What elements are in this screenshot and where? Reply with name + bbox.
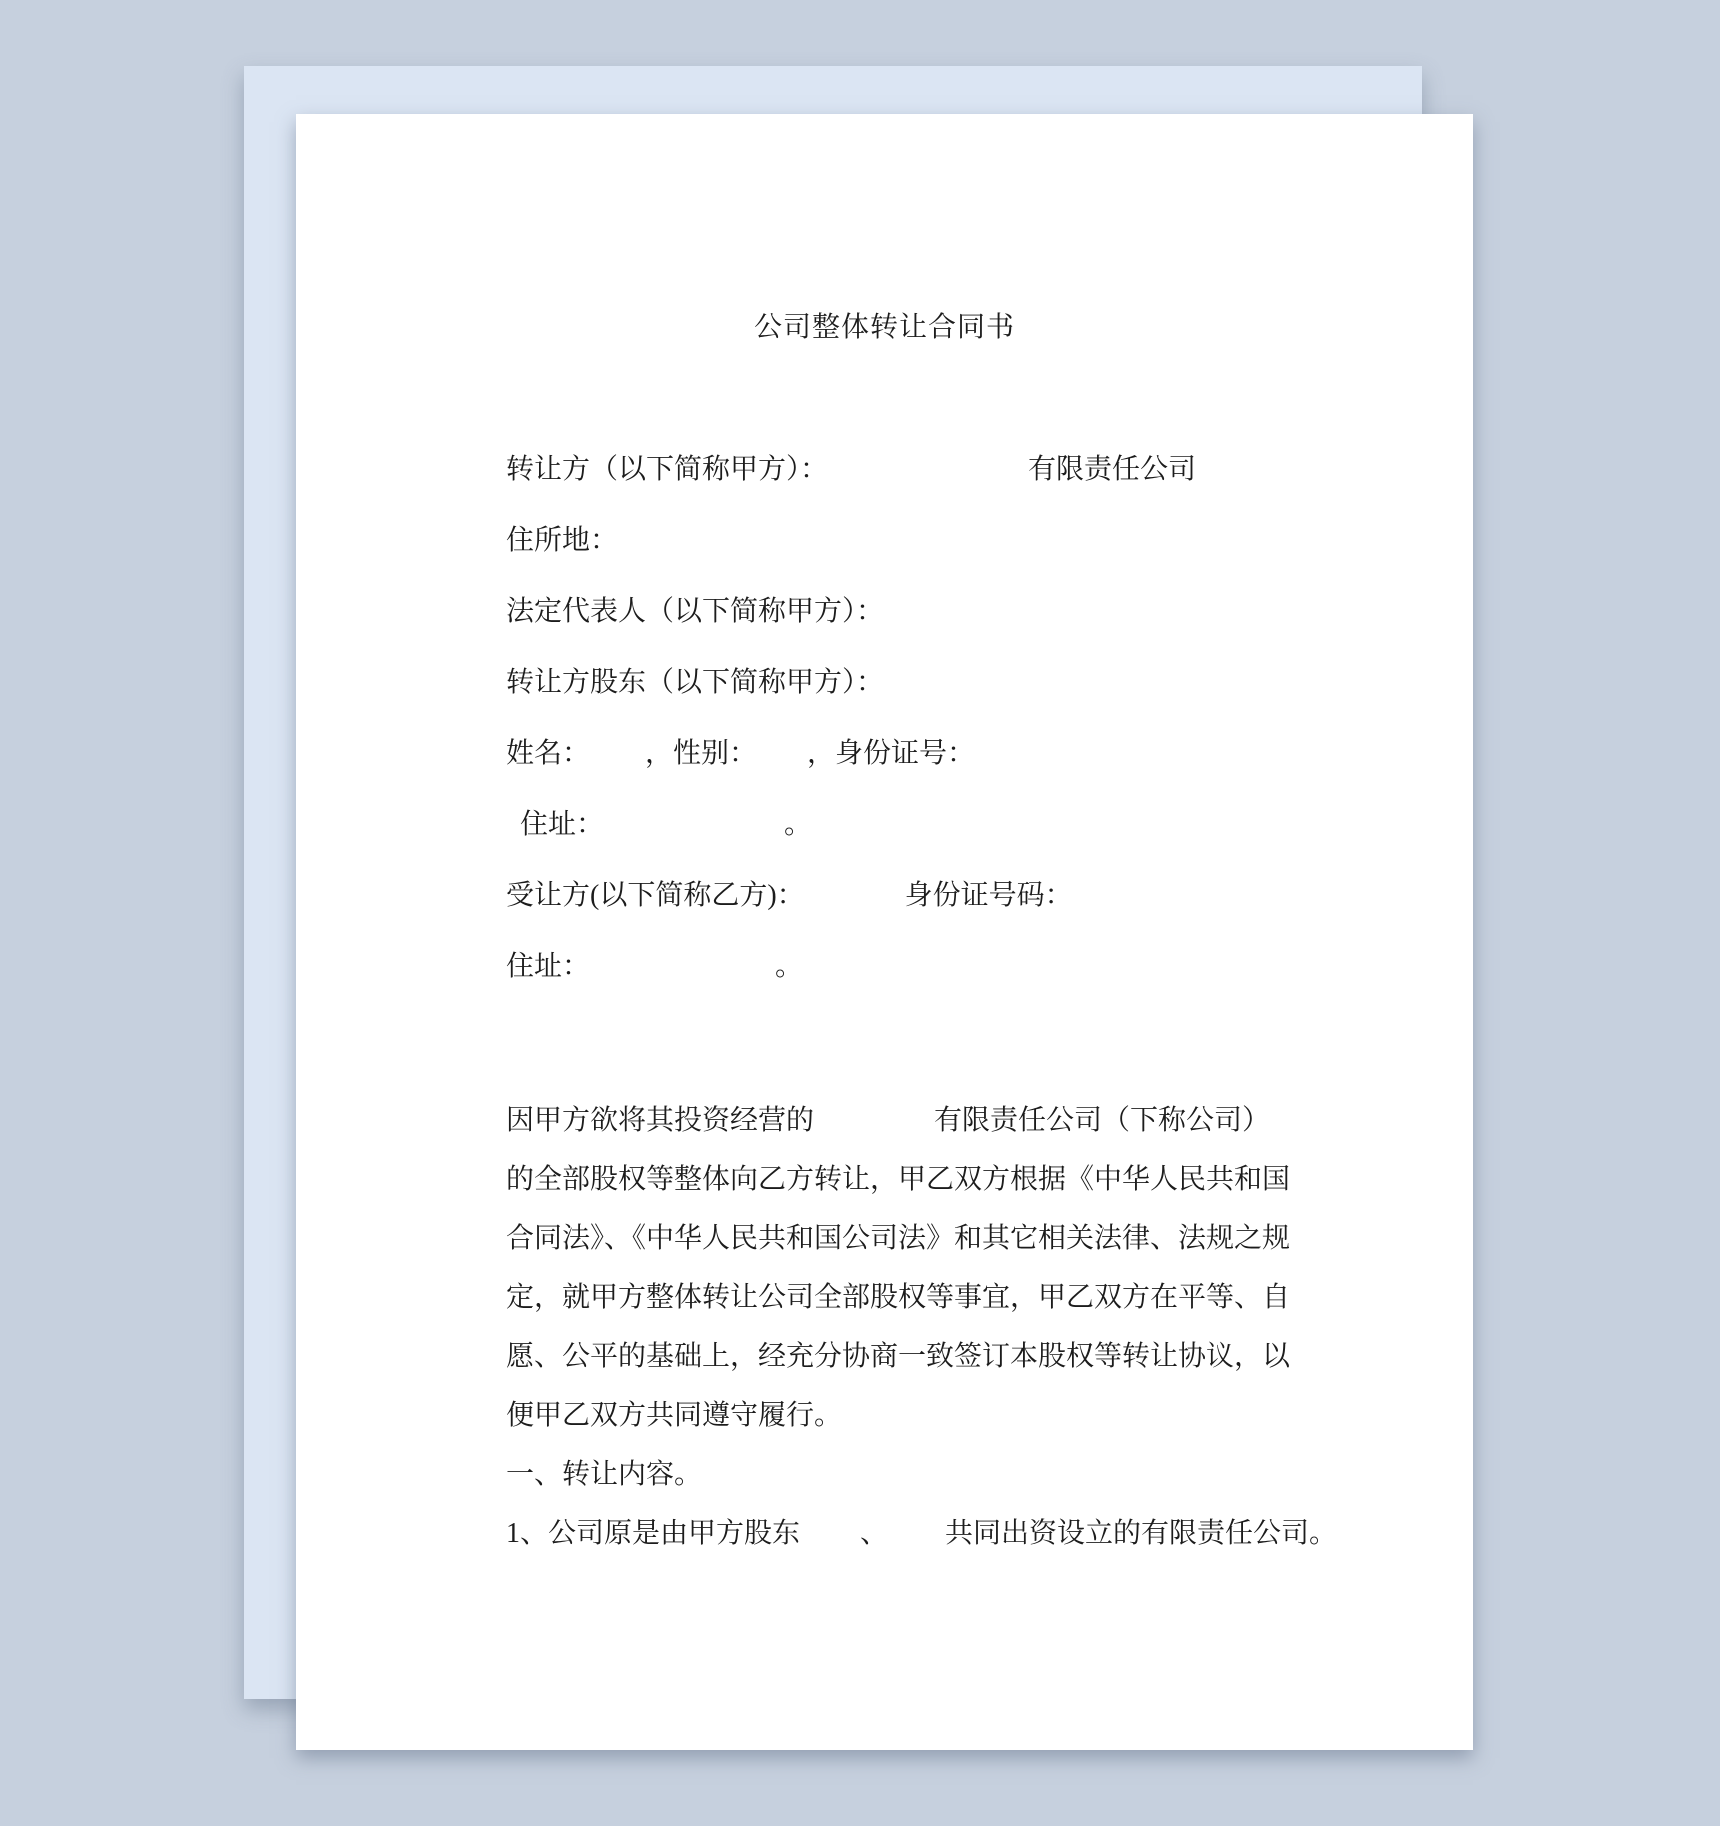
- document-line: 住所地：: [506, 505, 1413, 576]
- blank-fill-gap: [590, 761, 645, 762]
- document-line: 住址：。: [506, 931, 1413, 1002]
- text-segment: 住址：: [506, 951, 590, 982]
- text-segment: 法定代表人（以下简称甲方）：: [506, 596, 884, 627]
- text-segment: 便甲乙双方共同遵守履行。: [506, 1400, 842, 1431]
- blank-fill-gap: [800, 1541, 860, 1542]
- text-segment: 转让方（以下简称甲方）：: [506, 454, 828, 485]
- desktop-background: 公司整体转让合同书 转让方（以下简称甲方）：有限责任公司住所地：法定代表人（以下…: [0, 0, 1720, 1826]
- text-segment: 、: [860, 1518, 888, 1549]
- text-segment: 。: [784, 809, 812, 840]
- contract-parties-section: 转让方（以下简称甲方）：有限责任公司住所地：法定代表人（以下简称甲方）：转让方股…: [506, 434, 1413, 1002]
- text-segment: 因甲方欲将其投资经营的: [506, 1105, 814, 1136]
- document-line: 定，就甲方整体转让公司全部股权等事宜，甲乙双方在平等、自: [506, 1268, 1413, 1327]
- blank-fill-gap: [814, 1128, 934, 1129]
- document-line: 一、转让内容。: [506, 1445, 1413, 1504]
- document-line: 的全部股权等整体向乙方转让，甲乙双方根据《中华人民共和国: [506, 1150, 1413, 1209]
- document-line: 因甲方欲将其投资经营的有限责任公司（下称公司）: [506, 1091, 1413, 1150]
- text-segment: ，身份证号：: [807, 738, 975, 769]
- text-segment: 一、转让内容。: [506, 1459, 702, 1490]
- blank-fill-gap: [828, 477, 1028, 478]
- document-line: 便甲乙双方共同遵守履行。: [506, 1386, 1413, 1445]
- blank-fill-gap: [590, 974, 775, 975]
- text-segment: 有限责任公司: [1028, 454, 1196, 485]
- blank-fill-gap: [805, 903, 905, 904]
- document-line: 转让方（以下简称甲方）：有限责任公司: [506, 434, 1413, 505]
- text-segment: 姓名：: [506, 738, 590, 769]
- document-line: 住址：。: [506, 789, 1413, 860]
- blank-fill-gap: [604, 832, 784, 833]
- blank-fill-gap: [757, 761, 807, 762]
- document-line: 法定代表人（以下简称甲方）：: [506, 576, 1413, 647]
- blank-fill-gap: [506, 832, 520, 833]
- text-segment: 身份证号码：: [905, 880, 1073, 911]
- text-segment: 合同法》、《中华人民共和国公司法》和其它相关法律、法规之规: [506, 1223, 1290, 1254]
- document-line: 转让方股东（以下简称甲方）：: [506, 647, 1413, 718]
- document-line: 合同法》、《中华人民共和国公司法》和其它相关法律、法规之规: [506, 1209, 1413, 1268]
- text-segment: 1、公司原是由甲方股东: [506, 1518, 800, 1549]
- text-segment: 共同出资设立的有限责任公司。: [945, 1518, 1337, 1549]
- document-line: 1、公司原是由甲方股东、共同出资设立的有限责任公司。: [506, 1504, 1413, 1563]
- text-segment: 的全部股权等整体向乙方转让，甲乙双方根据《中华人民共和国: [506, 1164, 1290, 1195]
- text-segment: 。: [775, 951, 803, 982]
- text-segment: 住址：: [520, 809, 604, 840]
- document-title: 公司整体转让合同书: [296, 313, 1473, 343]
- document-line: 姓名：，性别：，身份证号：: [506, 718, 1413, 789]
- text-segment: 住所地：: [506, 525, 618, 556]
- text-segment: ，性别：: [645, 738, 757, 769]
- text-segment: 有限责任公司（下称公司）: [934, 1105, 1270, 1136]
- text-segment: 愿、公平的基础上，经充分协商一致签订本股权等转让协议，以: [506, 1341, 1290, 1372]
- document-line: 受让方(以下简称乙方)：身份证号码：: [506, 860, 1413, 931]
- document-line: 愿、公平的基础上，经充分协商一致签订本股权等转让协议，以: [506, 1327, 1413, 1386]
- text-segment: 受让方(以下简称乙方)：: [506, 880, 805, 911]
- document-page: 公司整体转让合同书 转让方（以下简称甲方）：有限责任公司住所地：法定代表人（以下…: [296, 114, 1473, 1750]
- text-segment: 定，就甲方整体转让公司全部股权等事宜，甲乙双方在平等、自: [506, 1282, 1290, 1313]
- contract-body-section: 因甲方欲将其投资经营的有限责任公司（下称公司）的全部股权等整体向乙方转让，甲乙双…: [506, 1091, 1413, 1563]
- text-segment: 转让方股东（以下简称甲方）：: [506, 667, 884, 698]
- blank-fill-gap: [888, 1541, 945, 1542]
